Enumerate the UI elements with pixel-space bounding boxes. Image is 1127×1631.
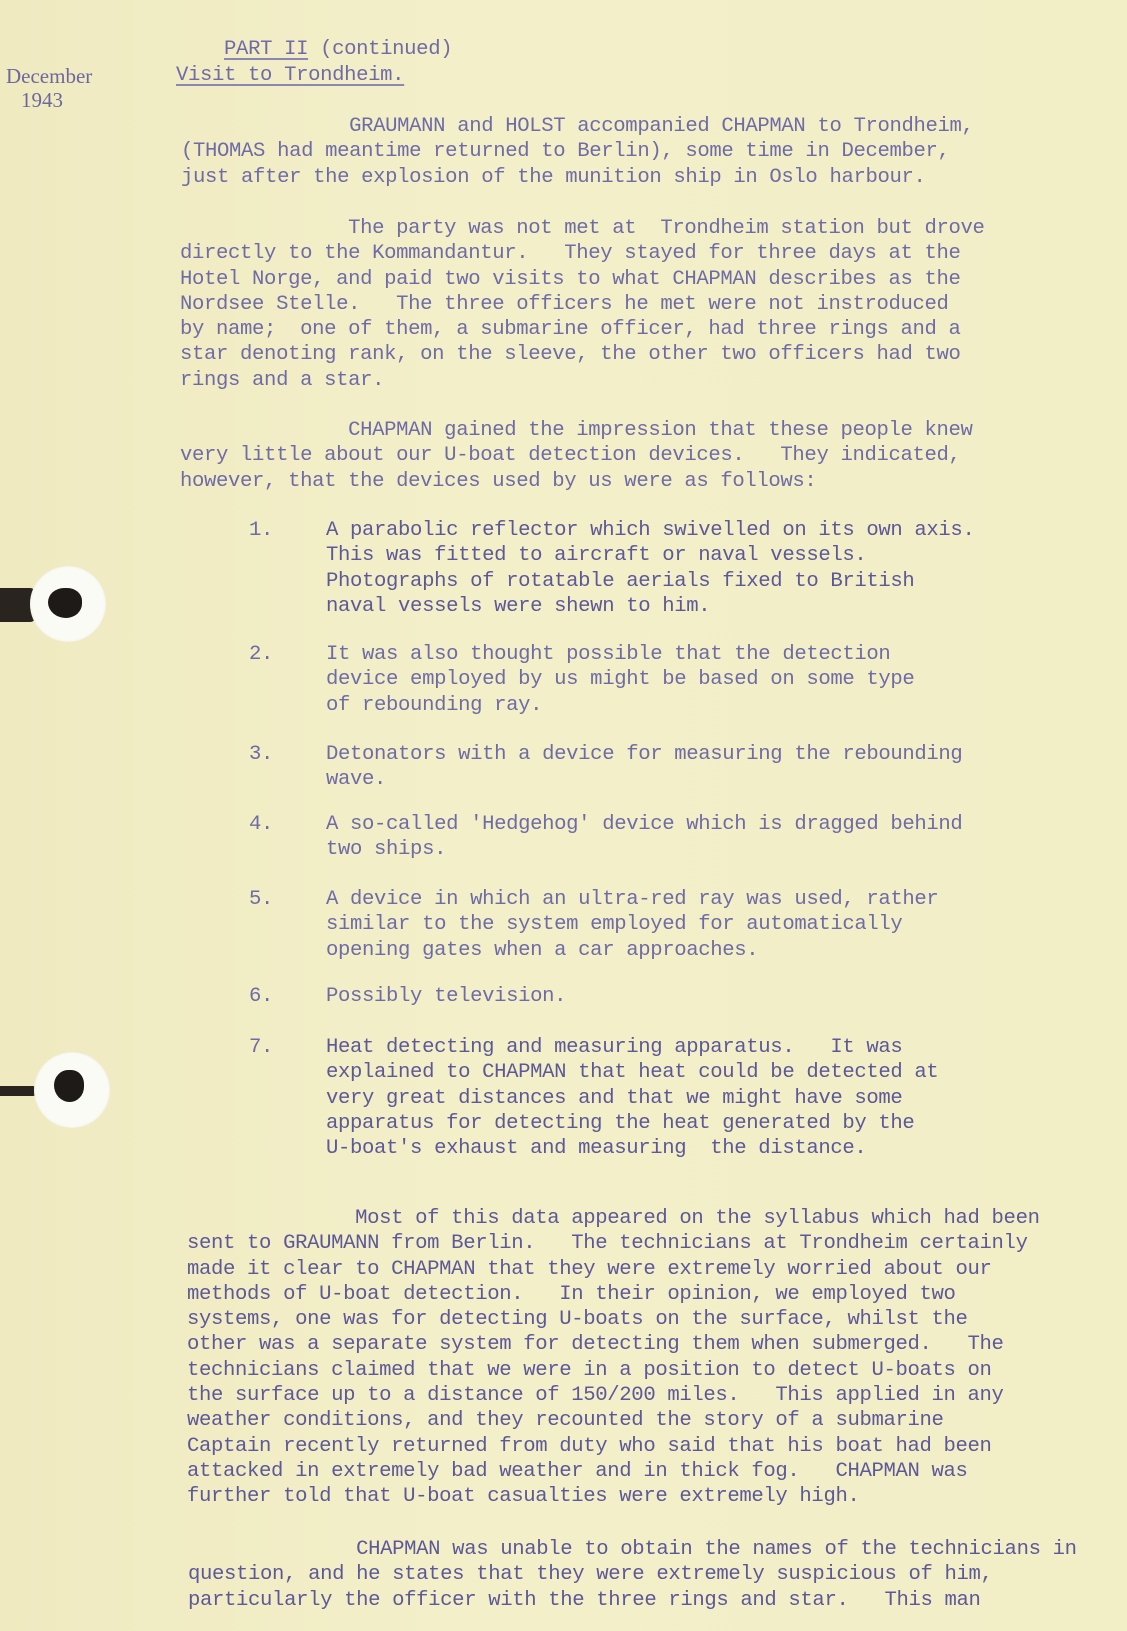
text-line: A parabolic reflector which swivelled on… — [326, 518, 974, 543]
text-line: A so-called 'Hedgehog' device which is d… — [326, 812, 962, 837]
text-line: Most of this data appeared on the syllab… — [187, 1206, 1040, 1231]
text-line: explained to CHAPMAN that heat could be … — [326, 1060, 938, 1085]
text-line: It was also thought possible that the de… — [326, 642, 914, 667]
margin-date-year: 1943 — [6, 88, 92, 112]
text-line: The party was not met at Trondheim stati… — [180, 216, 985, 241]
text-line: opening gates when a car approaches. — [326, 938, 938, 963]
text-line: by name; one of them, a submarine office… — [180, 317, 985, 342]
list-item: Possibly television. — [326, 984, 566, 1009]
paragraph-4: Most of this data appeared on the syllab… — [187, 1206, 1040, 1510]
text-line: Captain recently returned from duty who … — [187, 1434, 1040, 1459]
text-line: CHAPMAN gained the impression that these… — [180, 418, 973, 443]
paragraph-5: CHAPMAN was unable to obtain the names o… — [188, 1537, 1077, 1613]
text-line: two ships. — [326, 837, 962, 862]
text-line: GRAUMANN and HOLST accompanied CHAPMAN t… — [181, 114, 974, 139]
list-item-number: 4. — [249, 812, 273, 837]
paragraph-1: GRAUMANN and HOLST accompanied CHAPMAN t… — [181, 114, 974, 190]
text-line: Possibly television. — [326, 984, 566, 1009]
text-line: weather conditions, and they recounted t… — [187, 1408, 1040, 1433]
list-item: It was also thought possible that the de… — [326, 642, 914, 718]
text-line: attacked in extremely bad weather and in… — [187, 1459, 1040, 1484]
text-line: question, and he states that they were e… — [188, 1562, 1077, 1587]
punch-hole-bottom — [34, 1052, 110, 1128]
part-suffix: (continued) — [308, 38, 452, 61]
text-line: Heat detecting and measuring apparatus. … — [326, 1035, 938, 1060]
list-item: A device in which an ultra-red ray was u… — [326, 887, 938, 963]
margin-date: December 1943 — [6, 64, 92, 112]
list-item-number: 5. — [249, 887, 273, 912]
text-line: just after the explosion of the munition… — [181, 165, 974, 190]
margin-date-month: December — [6, 64, 92, 88]
list-item-number: 2. — [249, 642, 273, 667]
text-line: directly to the Kommandantur. They staye… — [180, 241, 985, 266]
text-line: very little about our U-boat detection d… — [180, 443, 973, 468]
text-line: of rebounding ray. — [326, 693, 914, 718]
text-line: other was a separate system for detectin… — [187, 1332, 1040, 1357]
text-line: Hotel Norge, and paid two visits to what… — [180, 267, 985, 292]
text-line: very great distances and that we might h… — [326, 1086, 938, 1111]
text-line: A device in which an ultra-red ray was u… — [326, 887, 938, 912]
text-line: This was fitted to aircraft or naval ves… — [326, 543, 974, 568]
text-line: systems, one was for detecting U-boats o… — [187, 1307, 1040, 1332]
punch-hole-top — [30, 566, 106, 642]
text-line: star denoting rank, on the sleeve, the o… — [180, 342, 985, 367]
text-line: further told that U-boat casualties were… — [187, 1484, 1040, 1509]
text-line: however, that the devices used by us wer… — [180, 469, 973, 494]
text-line: the surface up to a distance of 150/200 … — [187, 1383, 1040, 1408]
text-line: Detonators with a device for measuring t… — [326, 742, 962, 767]
text-line: particularly the officer with the three … — [188, 1588, 1077, 1613]
text-line: apparatus for detecting the heat generat… — [326, 1111, 938, 1136]
list-item: A so-called 'Hedgehog' device which is d… — [326, 812, 962, 863]
list-item-number: 3. — [249, 742, 273, 767]
text-line: device employed by us might be based on … — [326, 667, 914, 692]
text-line: naval vessels were shewn to him. — [326, 594, 974, 619]
text-line: made it clear to CHAPMAN that they were … — [187, 1257, 1040, 1282]
text-line: U-boat's exhaust and measuring the dista… — [326, 1136, 938, 1161]
section-title: Visit to Trondheim. — [176, 63, 404, 88]
paragraph-3: CHAPMAN gained the impression that these… — [180, 418, 973, 494]
text-line: Photographs of rotatable aerials fixed t… — [326, 569, 974, 594]
text-line: (THOMAS had meantime returned to Berlin)… — [181, 139, 974, 164]
paragraph-2: The party was not met at Trondheim stati… — [180, 216, 985, 393]
text-line: rings and a star. — [180, 368, 985, 393]
text-line: methods of U-boat detection. In their op… — [187, 1282, 1040, 1307]
text-line: sent to GRAUMANN from Berlin. The techni… — [187, 1231, 1040, 1256]
text-line: technicians claimed that we were in a po… — [187, 1358, 1040, 1383]
text-line: similar to the system employed for autom… — [326, 912, 938, 937]
list-item: Detonators with a device for measuring t… — [326, 742, 962, 793]
list-item-number: 1. — [249, 518, 273, 543]
text-line: wave. — [326, 767, 962, 792]
document-page: PART II (continued) December 1943 Visit … — [0, 0, 1127, 1631]
list-item: A parabolic reflector which swivelled on… — [326, 518, 974, 619]
binder-tab-bottom — [0, 1086, 38, 1096]
text-line: CHAPMAN was unable to obtain the names o… — [188, 1537, 1077, 1562]
part-label: PART II — [224, 38, 308, 61]
text-line: Nordsee Stelle. The three officers he me… — [180, 292, 985, 317]
list-item-number: 7. — [249, 1035, 273, 1060]
list-item-number: 6. — [249, 984, 273, 1009]
list-item: Heat detecting and measuring apparatus. … — [326, 1035, 938, 1161]
